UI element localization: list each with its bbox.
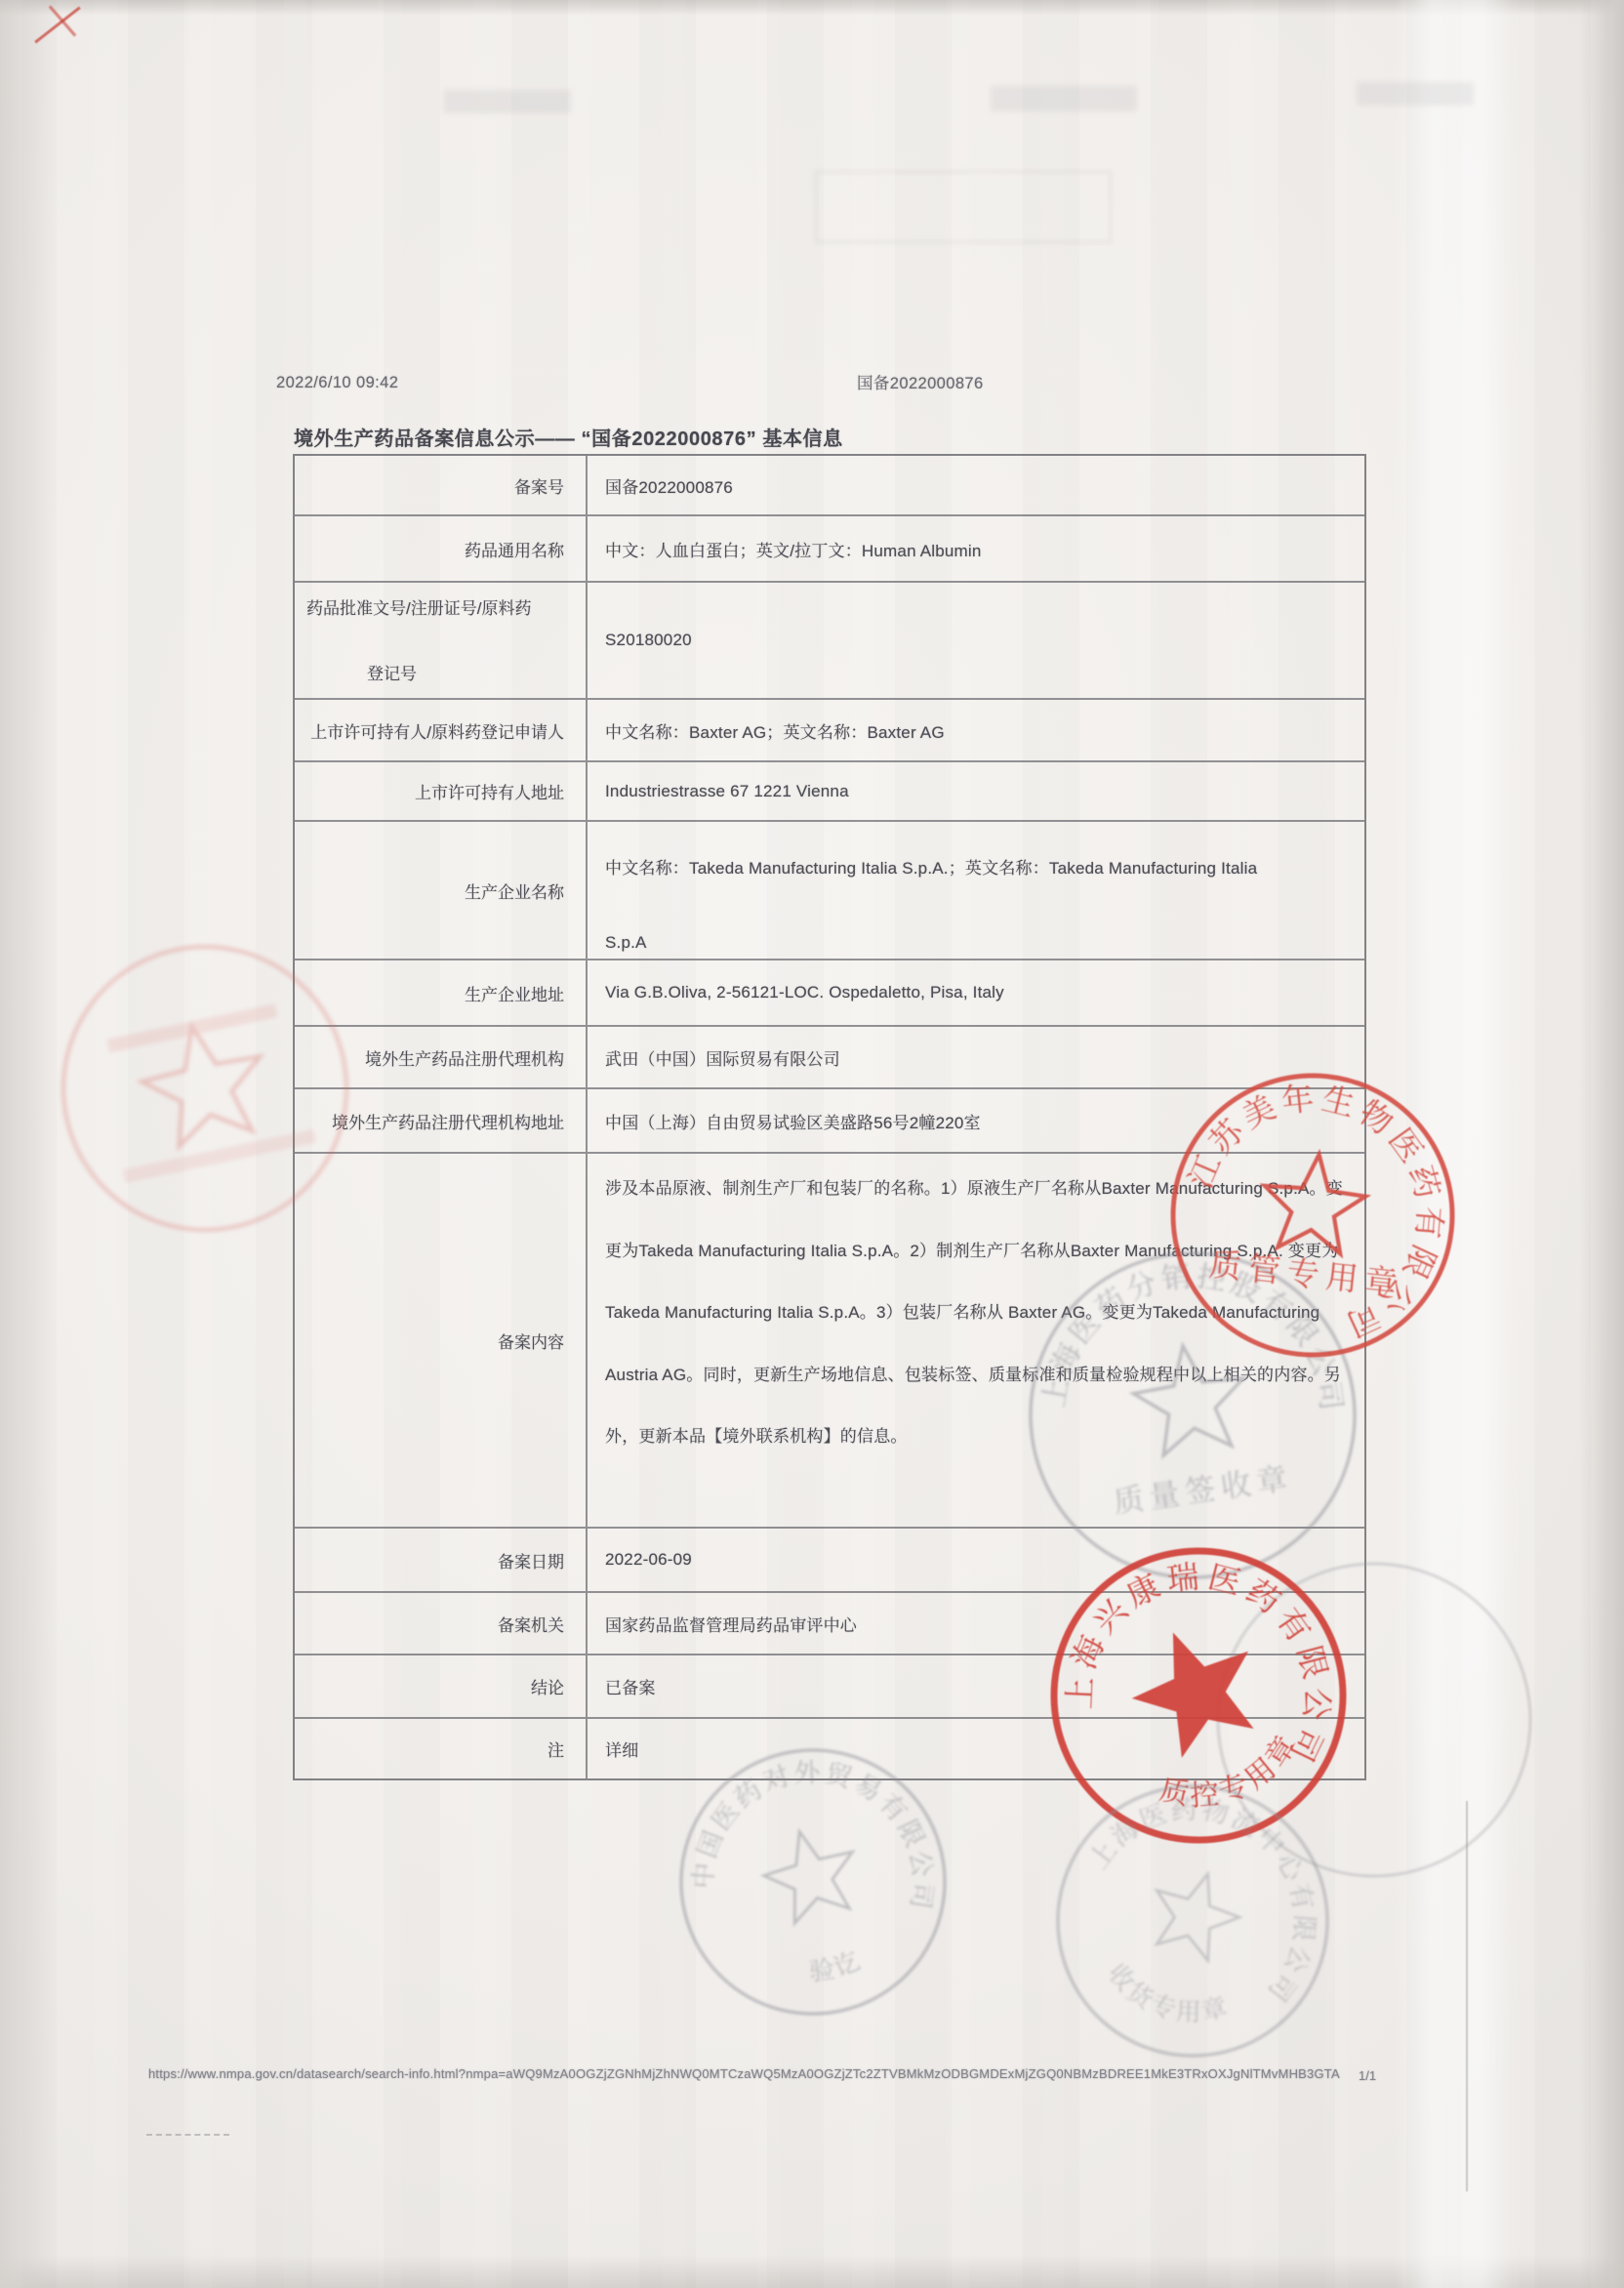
corner-red-mark: [34, 6, 81, 43]
row-label: 上市许可持有人/原料药登记申请人: [295, 700, 588, 760]
stamp-inner-text: 收货专用章: [1095, 1953, 1241, 2042]
table-row: 境外生产药品注册代理机构地址中国（上海）自由贸易试验区美盛路56号2幢220室: [295, 1087, 1364, 1152]
row-label: 境外生产药品注册代理机构: [295, 1027, 588, 1087]
star-icon: [1141, 1860, 1249, 1966]
bleedthrough-smudge: [991, 86, 1137, 111]
row-label: 备案内容: [295, 1154, 588, 1527]
table-row: 结论已备案: [295, 1654, 1364, 1717]
row-value: 2022-06-09: [588, 1529, 1364, 1591]
print-timestamp: 2022/6/10 09:42: [276, 374, 398, 392]
row-value: 中文：人血白蛋白；英文/拉丁文：Human Albumin: [588, 516, 1364, 581]
row-label: 药品批准文号/注册证号/原料药登记号: [295, 583, 588, 698]
row-value: Industriestrasse 67 1221 Vienna: [588, 762, 1364, 820]
row-label: 注: [295, 1719, 588, 1778]
row-value: 武田（中国）国际贸易有限公司: [588, 1027, 1364, 1087]
row-label-line1: 药品批准文号/注册证号/原料药: [306, 594, 576, 619]
stamp-smudge: [106, 1003, 277, 1052]
row-label: 备案机关: [295, 1593, 588, 1654]
star-icon: [755, 1819, 867, 1928]
bleedthrough-smudge: [1357, 82, 1474, 105]
table-row: 上市许可持有人地址Industriestrasse 67 1221 Vienna: [295, 760, 1364, 820]
row-value: 国家药品监督管理局药品审评中心: [588, 1593, 1364, 1654]
row-label: 上市许可持有人地址: [295, 762, 588, 820]
scanned-document-page: 2022/6/10 09:42 国备2022000876 境外生产药品备案信息公…: [0, 0, 1624, 2288]
row-value: 涉及本品原液、制剂生产厂和包装厂的名称。1）原液生产厂名称从Baxter Man…: [588, 1154, 1364, 1527]
table-row: 注详细: [295, 1717, 1364, 1778]
row-value: 已备案: [588, 1655, 1364, 1717]
table-row: 备案日期2022-06-09: [295, 1527, 1364, 1591]
row-value: 中文名称：Baxter AG；英文名称：Baxter AG: [588, 700, 1364, 760]
table-row: 备案内容涉及本品原液、制剂生产厂和包装厂的名称。1）原液生产厂名称从Baxter…: [295, 1152, 1364, 1527]
row-value: 详细: [588, 1719, 1364, 1778]
row-value-text: 中文名称：Takeda Manufacturing Italia S.p.A.；…: [605, 832, 1279, 980]
row-label: 境外生产药品注册代理机构地址: [295, 1089, 588, 1152]
row-value: 中国（上海）自由贸易试验区美盛路56号2幢220室: [588, 1089, 1364, 1152]
info-table: 备案号国备2022000876药品通用名称中文：人血白蛋白；英文/拉丁文：Hum…: [293, 454, 1366, 1780]
table-row: 生产企业地址Via G.B.Oliva, 2-56121-LOC. Ospeda…: [295, 959, 1364, 1025]
table-row: 药品通用名称中文：人血白蛋白；英文/拉丁文：Human Albumin: [295, 514, 1364, 581]
row-label: 生产企业名称: [295, 822, 588, 959]
table-row: 境外生产药品注册代理机构武田（中国）国际贸易有限公司: [295, 1025, 1364, 1087]
stamp-inner-text: 验讫: [803, 1943, 868, 1990]
row-label: 结论: [295, 1655, 588, 1717]
row-value: Via G.B.Oliva, 2-56121-LOC. Ospedaletto,…: [588, 960, 1364, 1025]
stamp-company-arc: 上海医药物流中心有限公司: [1058, 1762, 1353, 2013]
row-label: 药品通用名称: [295, 516, 588, 581]
footer-url: https://www.nmpa.gov.cn/datasearch/searc…: [148, 2066, 1349, 2081]
stamp-ring: [1023, 1751, 1362, 2091]
table-row: 备案号国备2022000876: [295, 456, 1364, 514]
scan-dash-artifact: [146, 2134, 229, 2136]
row-value: 中文名称：Takeda Manufacturing Italia S.p.A.；…: [588, 822, 1364, 959]
row-value: 国备2022000876: [588, 456, 1364, 514]
paper-fold-line: [1466, 1801, 1468, 2191]
bleedthrough-smudge: [444, 90, 571, 113]
table-row: 备案机关国家药品监督管理局药品审评中心: [295, 1591, 1364, 1654]
footer-page-number: 1/1: [1359, 2068, 1376, 2083]
row-value: S20180020: [588, 583, 1364, 698]
table-row: 上市许可持有人/原料药登记申请人中文名称：Baxter AG；英文名称：Baxt…: [295, 698, 1364, 760]
table-row: 生产企业名称中文名称：Takeda Manufacturing Italia S…: [295, 820, 1364, 959]
row-label: 备案号: [295, 456, 588, 514]
scan-light-band: [1394, 0, 1521, 2288]
row-label-line2: 登记号: [306, 660, 576, 684]
table-row: 药品批准文号/注册证号/原料药登记号S20180020: [295, 581, 1364, 698]
row-label: 生产企业地址: [295, 960, 588, 1025]
stamp-smudge: [122, 1129, 316, 1183]
page-title: 境外生产药品备案信息公示—— “国备2022000876” 基本信息: [294, 423, 843, 451]
row-label: 备案日期: [295, 1529, 588, 1591]
star-icon: [133, 1014, 275, 1152]
header-doc-number: 国备2022000876: [857, 370, 984, 393]
bleedthrough-box: [815, 171, 1112, 243]
